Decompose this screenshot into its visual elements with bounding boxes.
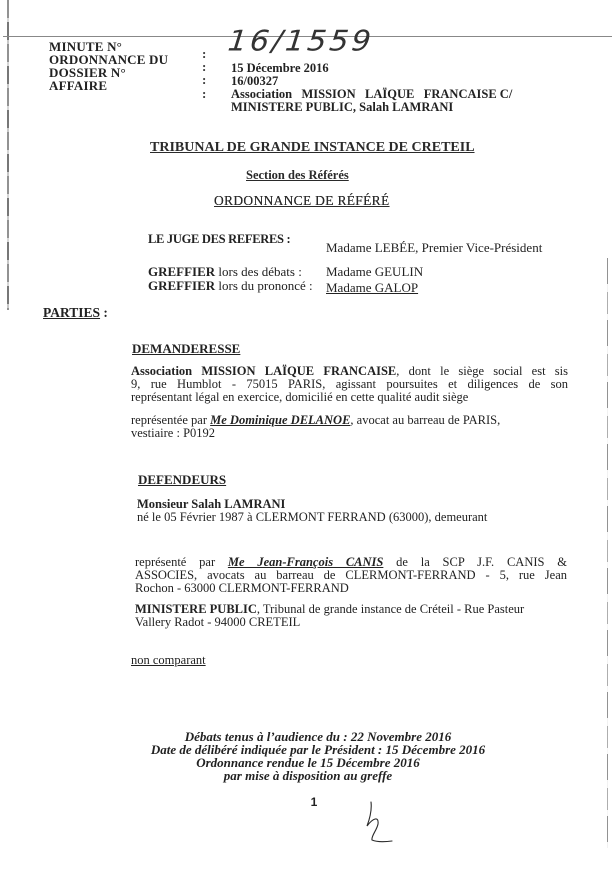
juge-value: Madame LEBÉE, Premier Vice-Président [326,240,542,256]
ministere-line-1-rest: , Tribunal de grande instance de Créteil… [257,602,524,616]
defendeur-birth: né le 05 Février 1987 à CLERMONT FERRAND… [137,511,567,524]
defendeur-rep-line-3: Rochon - 63000 CLERMONT-FERRAND [135,582,567,595]
defendeurs-heading: DEFENDEURS [138,472,226,488]
greffier-word: GREFFIER [148,278,215,293]
colon: : [202,73,206,86]
page-number: 1 [0,795,616,809]
demanderesse-representation: représentée par Me Dominique DELANOE, av… [131,414,568,440]
parties-heading: PARTIES : [43,305,108,321]
demanderesse-paragraph: Association MISSION LAÏQUE FRANCAISE, do… [131,365,568,404]
parties-heading-colon: : [100,305,108,320]
minute-number-handwritten: 16/1559 [226,25,375,58]
tribunal-title: TRIBUNAL DE GRANDE INSTANCE DE CRETEIL [150,140,475,156]
greffier-prononce-label: GREFFIER lors du prononcé : [148,278,313,294]
demanderesse-heading: DEMANDERESSE [132,341,240,357]
vestiaire: vestiaire : P0192 [131,427,568,440]
section-title: Section des Référés [246,168,349,183]
colon: : [202,87,206,100]
rep-prefix: représentée par [131,413,210,427]
ministere-line-2: Vallery Radot - 94000 CRETEIL [135,616,567,629]
scan-edge-left [7,0,9,310]
non-comparant-status: non comparant [131,653,206,668]
parties-heading-text: PARTIES [43,305,100,320]
footer-mise-a-disposition: par mise à disposition au greffe [0,769,616,783]
defendeur-representation: représenté par Me Jean-François CANIS de… [135,556,567,595]
affaire-line-2: MINISTERE PUBLIC, Salah LAMRANI [231,101,453,114]
defendeur-lawyer: Me Jean-François CANIS [228,555,383,569]
defendeur-person: Monsieur Salah LAMRANI né le 05 Février … [137,498,567,524]
demanderesse-name: Association MISSION LAÏQUE FRANCAISE [131,364,396,378]
rep-line-1-rest: de la SCP J.F. CANIS & [383,555,567,569]
demanderesse-line-3: représentant légal en exercice, domicili… [131,391,568,404]
juge-label: LE JUGE DES REFERES : [148,232,290,247]
ministere-name: MINISTERE PUBLIC [135,602,257,616]
greffier-prononce-rest: lors du prononcé : [215,278,312,293]
rep-suffix: , avocat au barreau de PARIS, [350,413,500,427]
demanderesse-lawyer: Me Dominique DELANOE [210,413,350,427]
label-affaire: AFFAIRE [49,79,107,92]
ordonnance-title: ORDONNANCE DE RÉFÉRÉ [214,193,390,209]
greffier-debats-value: Madame GEULIN [326,264,423,280]
ministere-public: MINISTERE PUBLIC, Tribunal de grande ins… [135,603,567,629]
greffier-word: GREFFIER [148,264,215,279]
rep-prefix: représenté par [135,555,228,569]
signature-icon [365,800,395,845]
demanderesse-line-1-rest: , dont le siège social est sis [396,364,568,378]
greffier-debats-rest: lors des débats : [215,264,302,279]
greffier-prononce-value: Madame GALOP [326,280,418,296]
